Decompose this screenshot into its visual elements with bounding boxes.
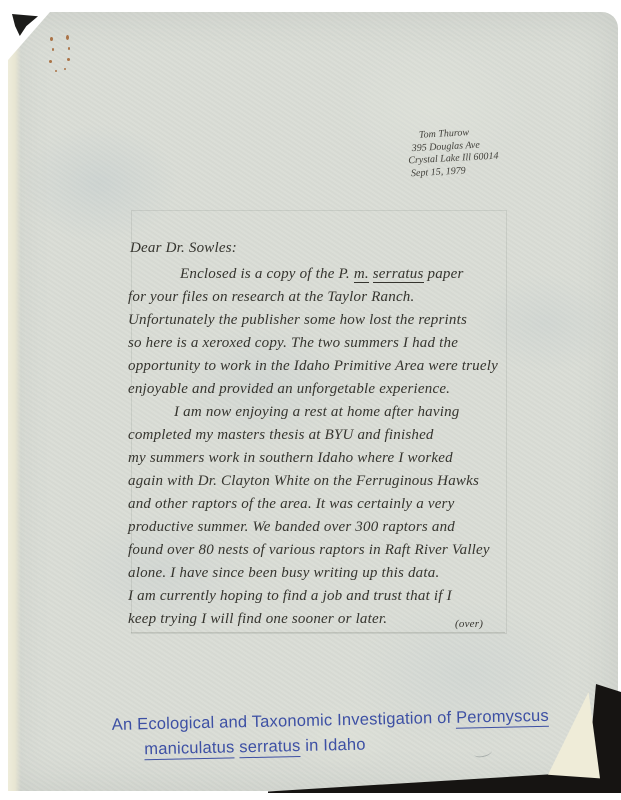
letter-line: enjoyable and provided an unforgetable e… [128,378,498,401]
letter-line: so here is a xeroxed copy. The two summe… [128,332,498,355]
faint-rule [131,632,505,633]
letter-line: found over 80 nests of various raptors i… [128,539,498,562]
letter-line: I am currently hoping to find a job and … [128,585,498,608]
letter-line: opportunity to work in the Idaho Primiti… [128,355,498,378]
underlined-subspecies: serratus [239,737,301,758]
page-left-edge [8,26,21,791]
underlined-species-name: maniculatus [144,738,235,760]
handwritten-title: An Ecological and Taxonomic Investigatio… [112,703,583,763]
salutation: Dear Dr. Sowles: [130,240,237,257]
title-text: in Idaho [300,736,365,755]
underlined-species: serratus [373,266,424,283]
underlined-genus: Peromyscus [456,707,549,729]
letter-line: Enclosed is a copy of the P. m. serratus… [128,263,498,286]
scan-bottom-margin [0,793,621,800]
letter-line: and other raptors of the area. It was ce… [128,493,498,516]
letter-line: productive summer. We banded over 300 ra… [128,516,498,539]
letter-line: for your files on research at the Taylor… [128,286,498,309]
underlined-species-abbrev: m. [354,266,369,283]
letter-line: my summers work in southern Idaho where … [128,447,498,470]
letter-line: keep trying I will find one sooner or la… [128,608,498,631]
letter-line: Unfortunately the publisher some how los… [128,309,498,332]
scanned-letter-page: Tom Thurow 395 Douglas Ave Crystal Lake … [0,0,621,800]
letter-line: alone. I have since been busy writing up… [128,562,498,585]
over-note: (over) [455,618,483,630]
return-address-block: Tom Thurow 395 Douglas Ave Crystal Lake … [407,126,500,181]
title-text: An Ecological and Taxonomic Investigatio… [112,709,457,734]
letter-line: I am now enjoying a rest at home after h… [128,401,498,424]
letter-line: completed my masters thesis at BYU and f… [128,424,498,447]
line-text: Enclosed is a copy of the P. [180,266,354,282]
line-text: paper [424,266,464,282]
letter-line: again with Dr. Clayton White on the Ferr… [128,470,498,493]
letter-body: Enclosed is a copy of the P. m. serratus… [128,263,498,631]
